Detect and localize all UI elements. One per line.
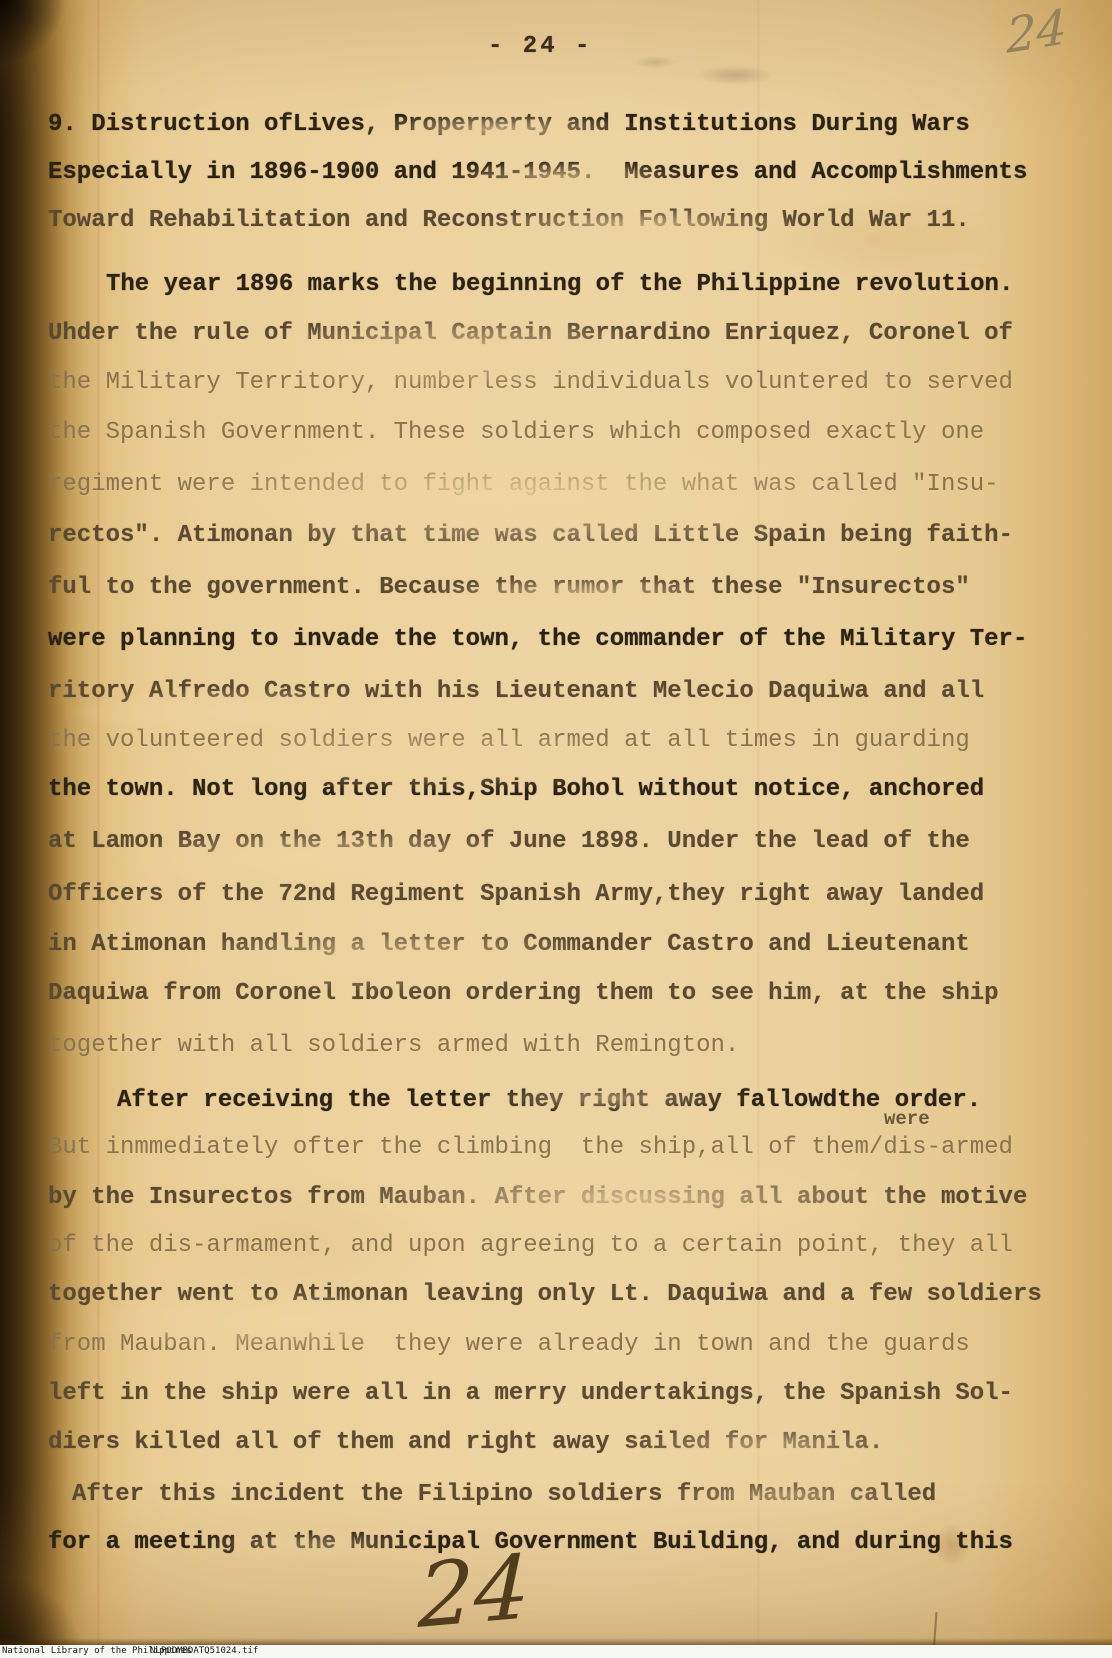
body-line: Uhder the rule of Municipal Captain Bern… <box>48 321 1013 347</box>
body-line: the Spanish Government. These soldiers w… <box>48 420 984 446</box>
scanned-document-page: - 24 - 24 9. Distruction ofLives, Proper… <box>0 0 1112 1658</box>
typed-page-number: - 24 - <box>488 34 592 60</box>
body-line: After receiving the letter they right aw… <box>48 1088 981 1114</box>
scan-footer-bar: National Library of the Philippines NLPO… <box>0 1645 1112 1658</box>
body-line: ful to the government. Because the rumor… <box>48 575 970 601</box>
body-line: of the dis-armament, and upon agreeing t… <box>48 1233 1013 1259</box>
body-line: in Atimonan handling a letter to Command… <box>48 932 970 958</box>
body-line: left in the ship were all in a merry und… <box>48 1381 1013 1407</box>
body-line: the volunteered soldiers were all armed … <box>48 728 970 754</box>
inserted-correction-word: were <box>884 1108 930 1130</box>
body-line: The year 1896 marks the beginning of the… <box>48 272 1013 298</box>
body-line: rectos". Atimonan by that time was calle… <box>48 523 1013 549</box>
heading-line: Toward Rehabilitation and Reconstruction… <box>48 208 970 234</box>
body-line: from Mauban. Meanwhile they were already… <box>48 1332 970 1358</box>
body-line: the Military Territory, numberless indiv… <box>48 370 1013 396</box>
body-line: regiment were intended to fight against … <box>48 472 999 498</box>
heading-line: Especially in 1896-1900 and 1941-1945. M… <box>48 160 1027 186</box>
body-line: by the Insurectos from Mauban. After dis… <box>48 1185 1027 1211</box>
handwritten-page-number-bottom: 24 <box>417 1535 530 1648</box>
body-line: ritory Alfredo Castro with his Lieutenan… <box>48 679 984 705</box>
body-line: at Lamon Bay on the 13th day of June 189… <box>48 829 970 855</box>
body-line: diers killed all of them and right away … <box>48 1430 883 1456</box>
footer-filename: NLPOOMBDATQ51024.tif <box>150 1645 258 1658</box>
body-line: the town. Not long after this,Ship Bohol… <box>48 777 984 803</box>
body-line: But inmmediately ofter the climbing the … <box>48 1135 1013 1161</box>
heading-line: 9. Distruction ofLives, Properperty and … <box>48 112 970 138</box>
handwritten-page-number-top: 24 <box>1006 0 1067 65</box>
body-line: together went to Atimonan leaving only L… <box>48 1282 1042 1308</box>
body-line: Daquiwa from Coronel Iboleon ordering th… <box>48 981 999 1007</box>
body-line: together with all soldiers armed with Re… <box>48 1033 739 1059</box>
body-line: Officers of the 72nd Regiment Spanish Ar… <box>48 882 984 908</box>
body-line: were planning to invade the town, the co… <box>48 627 1027 653</box>
body-line: After this incident the Filipino soldier… <box>48 1482 936 1508</box>
